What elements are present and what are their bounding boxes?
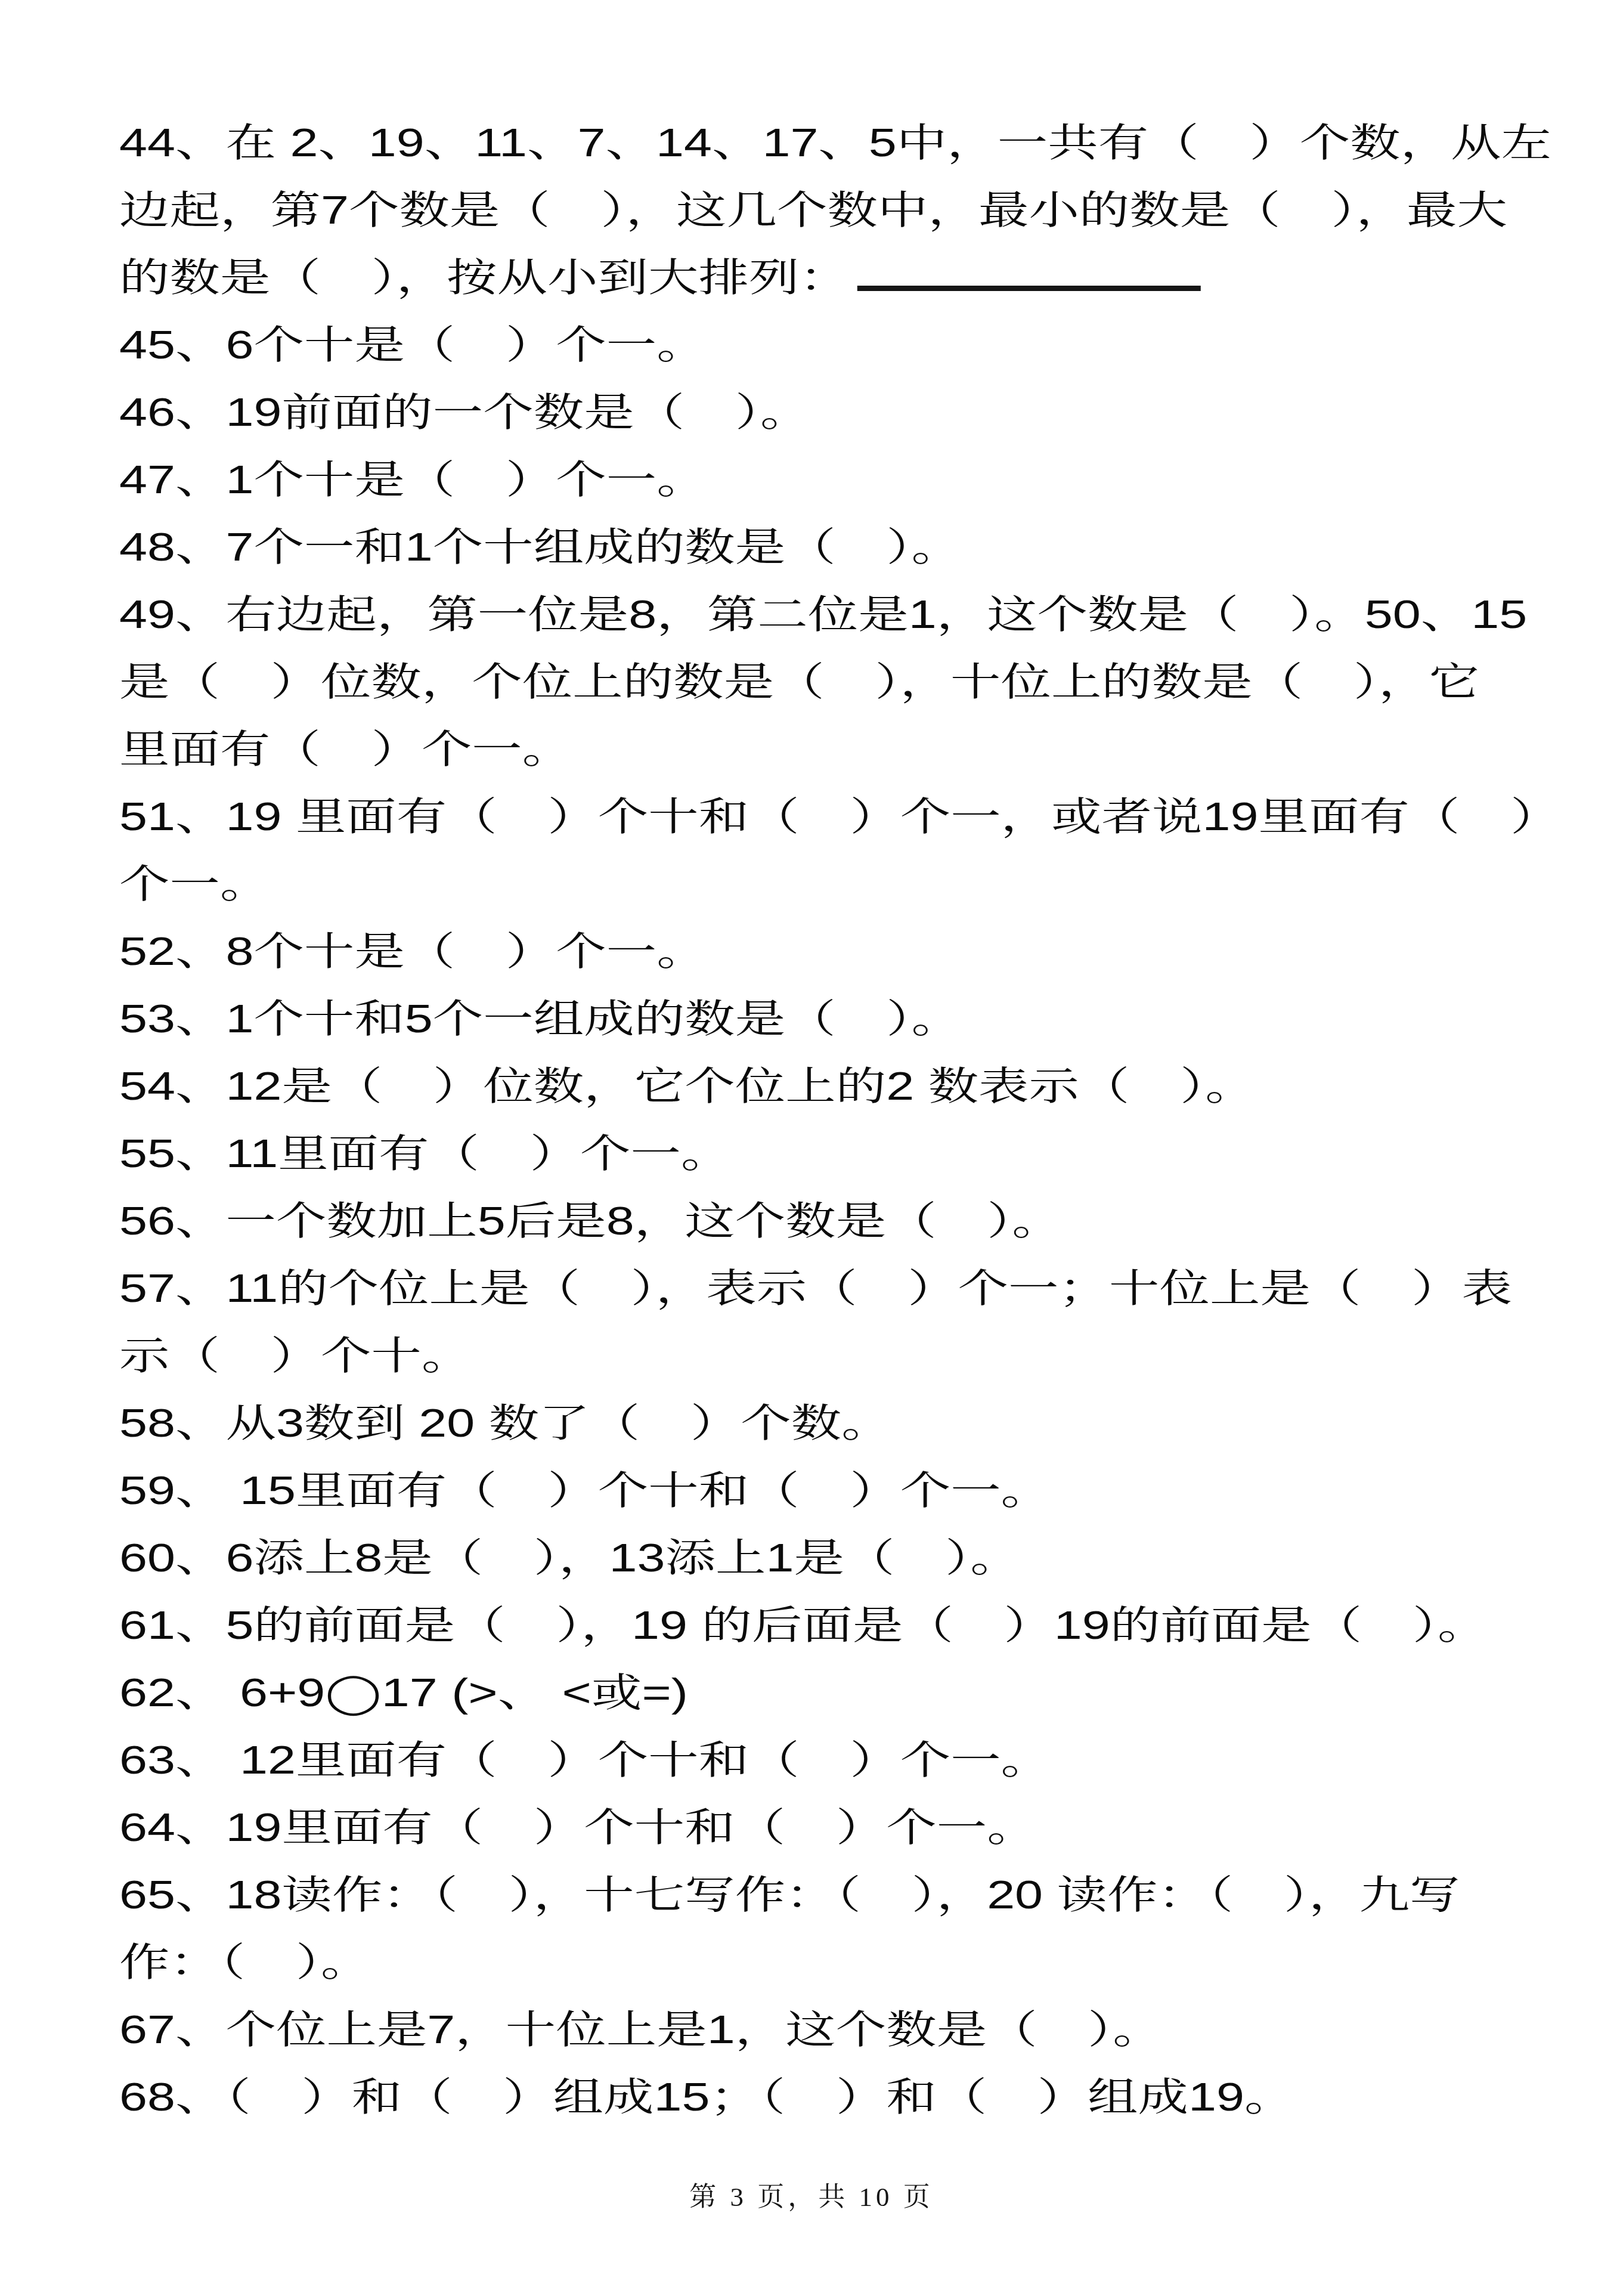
- question-text: 的数是（ ），按从小到大排列：: [119, 255, 850, 299]
- q46: 46、19前面的一个数是（ ）。: [119, 379, 1560, 446]
- q51-line-1: 51、19 里面有（ ）个十和（ ）个一，或者说19里面有（ ）: [119, 783, 1560, 850]
- question-text: 67、个位上是7，十位上是1，这个数是（ ）。: [119, 2007, 1163, 2051]
- q64: 64、19里面有（ ）个十和（ ）个一。: [119, 1794, 1560, 1861]
- question-text: 54、12是（ ）位数，它个位上的2 数表示（ ）。: [119, 1064, 1256, 1108]
- q61: 61、5的前面是（ ），19 的后面是（ ）19的前面是（ ）。: [119, 1592, 1560, 1659]
- question-text: 作：（ ）。: [119, 1940, 371, 1984]
- q49-50-line-3: 里面有（ ）个一。: [119, 716, 1560, 783]
- q52: 52、8个十是（ ）个一。: [119, 918, 1560, 985]
- question-text: 56、一个数加上5后是8，这个数是（ ）。: [119, 1199, 1063, 1243]
- q48: 48、7个一和1个十组成的数是（ ）。: [119, 513, 1560, 581]
- q57-line-2: 示（ ）个十。: [119, 1322, 1560, 1390]
- q44-line-2: 边起，第7个数是（ ），这几个数中，最小的数是（ ），最大: [119, 177, 1560, 244]
- q59: 59、 15里面有（ ）个十和（ ）个一。: [119, 1457, 1560, 1524]
- q49-50-line-2: 是（ ）位数，个位上的数是（ ），十位上的数是（ ），它: [119, 648, 1560, 716]
- question-text: 是（ ）位数，个位上的数是（ ），十位上的数是（ ），它: [119, 660, 1479, 704]
- question-list: 44、在 2、19、11、7、14、17、5中，一共有（ ）个数，从左 边起，第…: [119, 109, 1246, 2131]
- q49-50-line-1: 49、右边起，第一位是8，第二位是1，这个数是（ ）。50、15: [119, 581, 1560, 648]
- question-text: 边起，第7个数是（ ），这几个数中，最小的数是（ ），最大: [119, 188, 1507, 232]
- q44-line-1: 44、在 2、19、11、7、14、17、5中，一共有（ ）个数，从左: [119, 109, 1560, 177]
- question-text: 51、19 里面有（ ）个十和（ ）个一，或者说19里面有（ ）: [119, 794, 1560, 838]
- q44-line-3: 的数是（ ），按从小到大排列：: [119, 244, 1560, 311]
- q60: 60、6添上8是（ ），13添上1是（ ）。: [119, 1524, 1560, 1592]
- q57-line-1: 57、11的个位上是（ ），表示（ ）个一；十位上是（ ）表: [119, 1255, 1560, 1322]
- page-footer: 第 3 页，共 10 页: [0, 2178, 1623, 2216]
- question-text: 52、8个十是（ ）个一。: [119, 929, 707, 973]
- q51-line-2: 个一。: [119, 850, 1560, 918]
- question-text: 59、 15里面有（ ）个十和（ ）个一。: [119, 1468, 1051, 1512]
- question-text: 60、6添上8是（ ），13添上1是（ ）。: [119, 1536, 1021, 1580]
- question-text: 46、19前面的一个数是（ ）。: [119, 390, 810, 434]
- question-text: 65、18读作：（ ），十七写作：（ ），20 读作：（ ），九写: [119, 1873, 1460, 1917]
- question-text: 58、从3数到 20 数了（ ）个数。: [119, 1401, 892, 1445]
- q58: 58、从3数到 20 数了（ ）个数。: [119, 1390, 1560, 1457]
- question-text: 53、1个十和5个一组成的数是（ ）。: [119, 997, 962, 1041]
- question-text: 55、11里面有（ ）个一。: [119, 1131, 731, 1175]
- q45: 45、6个十是（ ）个一。: [119, 311, 1560, 379]
- q68: 68、（ ）和（ ）组成15；（ ）和（ ）组成19。: [119, 2063, 1560, 2131]
- q62: 62、 6+9◯17 (>、 <或=): [119, 1659, 1560, 1726]
- q63: 63、 12里面有（ ）个十和（ ）个一。: [119, 1726, 1560, 1794]
- question-text: 57、11的个位上是（ ），表示（ ）个一；十位上是（ ）表: [119, 1266, 1512, 1310]
- q55: 55、11里面有（ ）个一。: [119, 1120, 1560, 1187]
- q56: 56、一个数加上5后是8，这个数是（ ）。: [119, 1187, 1560, 1255]
- question-text: 48、7个一和1个十组成的数是（ ）。: [119, 525, 962, 569]
- question-text: 47、1个十是（ ）个一。: [119, 457, 707, 502]
- worksheet-page: 44、在 2、19、11、7、14、17、5中，一共有（ ）个数，从左 边起，第…: [0, 0, 1623, 2296]
- question-text: 63、 12里面有（ ）个十和（ ）个一。: [119, 1738, 1051, 1782]
- q53: 53、1个十和5个一组成的数是（ ）。: [119, 985, 1560, 1053]
- q54: 54、12是（ ）位数，它个位上的2 数表示（ ）。: [119, 1053, 1560, 1120]
- q67: 67、个位上是7，十位上是1，这个数是（ ）。: [119, 1996, 1560, 2063]
- question-text: 示（ ）个十。: [119, 1333, 472, 1378]
- question-text: 个一。: [119, 862, 270, 906]
- question-text: 44、在 2、19、11、7、14、17、5中，一共有（ ）个数，从左: [119, 120, 1551, 165]
- answer-blank-line: [857, 253, 1201, 291]
- q65-line-2: 作：（ ）。: [119, 1929, 1560, 1996]
- question-text: 45、6个十是（ ）个一。: [119, 323, 707, 367]
- question-text: 61、5的前面是（ ），19 的后面是（ ）19的前面是（ ）。: [119, 1603, 1488, 1647]
- question-text: 64、19里面有（ ）个十和（ ）个一。: [119, 1805, 1037, 1849]
- question-text: 里面有（ ）个一。: [119, 727, 572, 771]
- q47: 47、1个十是（ ）个一。: [119, 446, 1560, 513]
- q65-line-1: 65、18读作：（ ），十七写作：（ ），20 读作：（ ），九写: [119, 1861, 1560, 1929]
- question-text: 49、右边起，第一位是8，第二位是1，这个数是（ ）。50、15: [119, 592, 1527, 636]
- question-text: 68、（ ）和（ ）组成15；（ ）和（ ）组成19。: [119, 2075, 1295, 2119]
- question-text: 62、 6+9◯17 (>、 <或=): [119, 1670, 688, 1715]
